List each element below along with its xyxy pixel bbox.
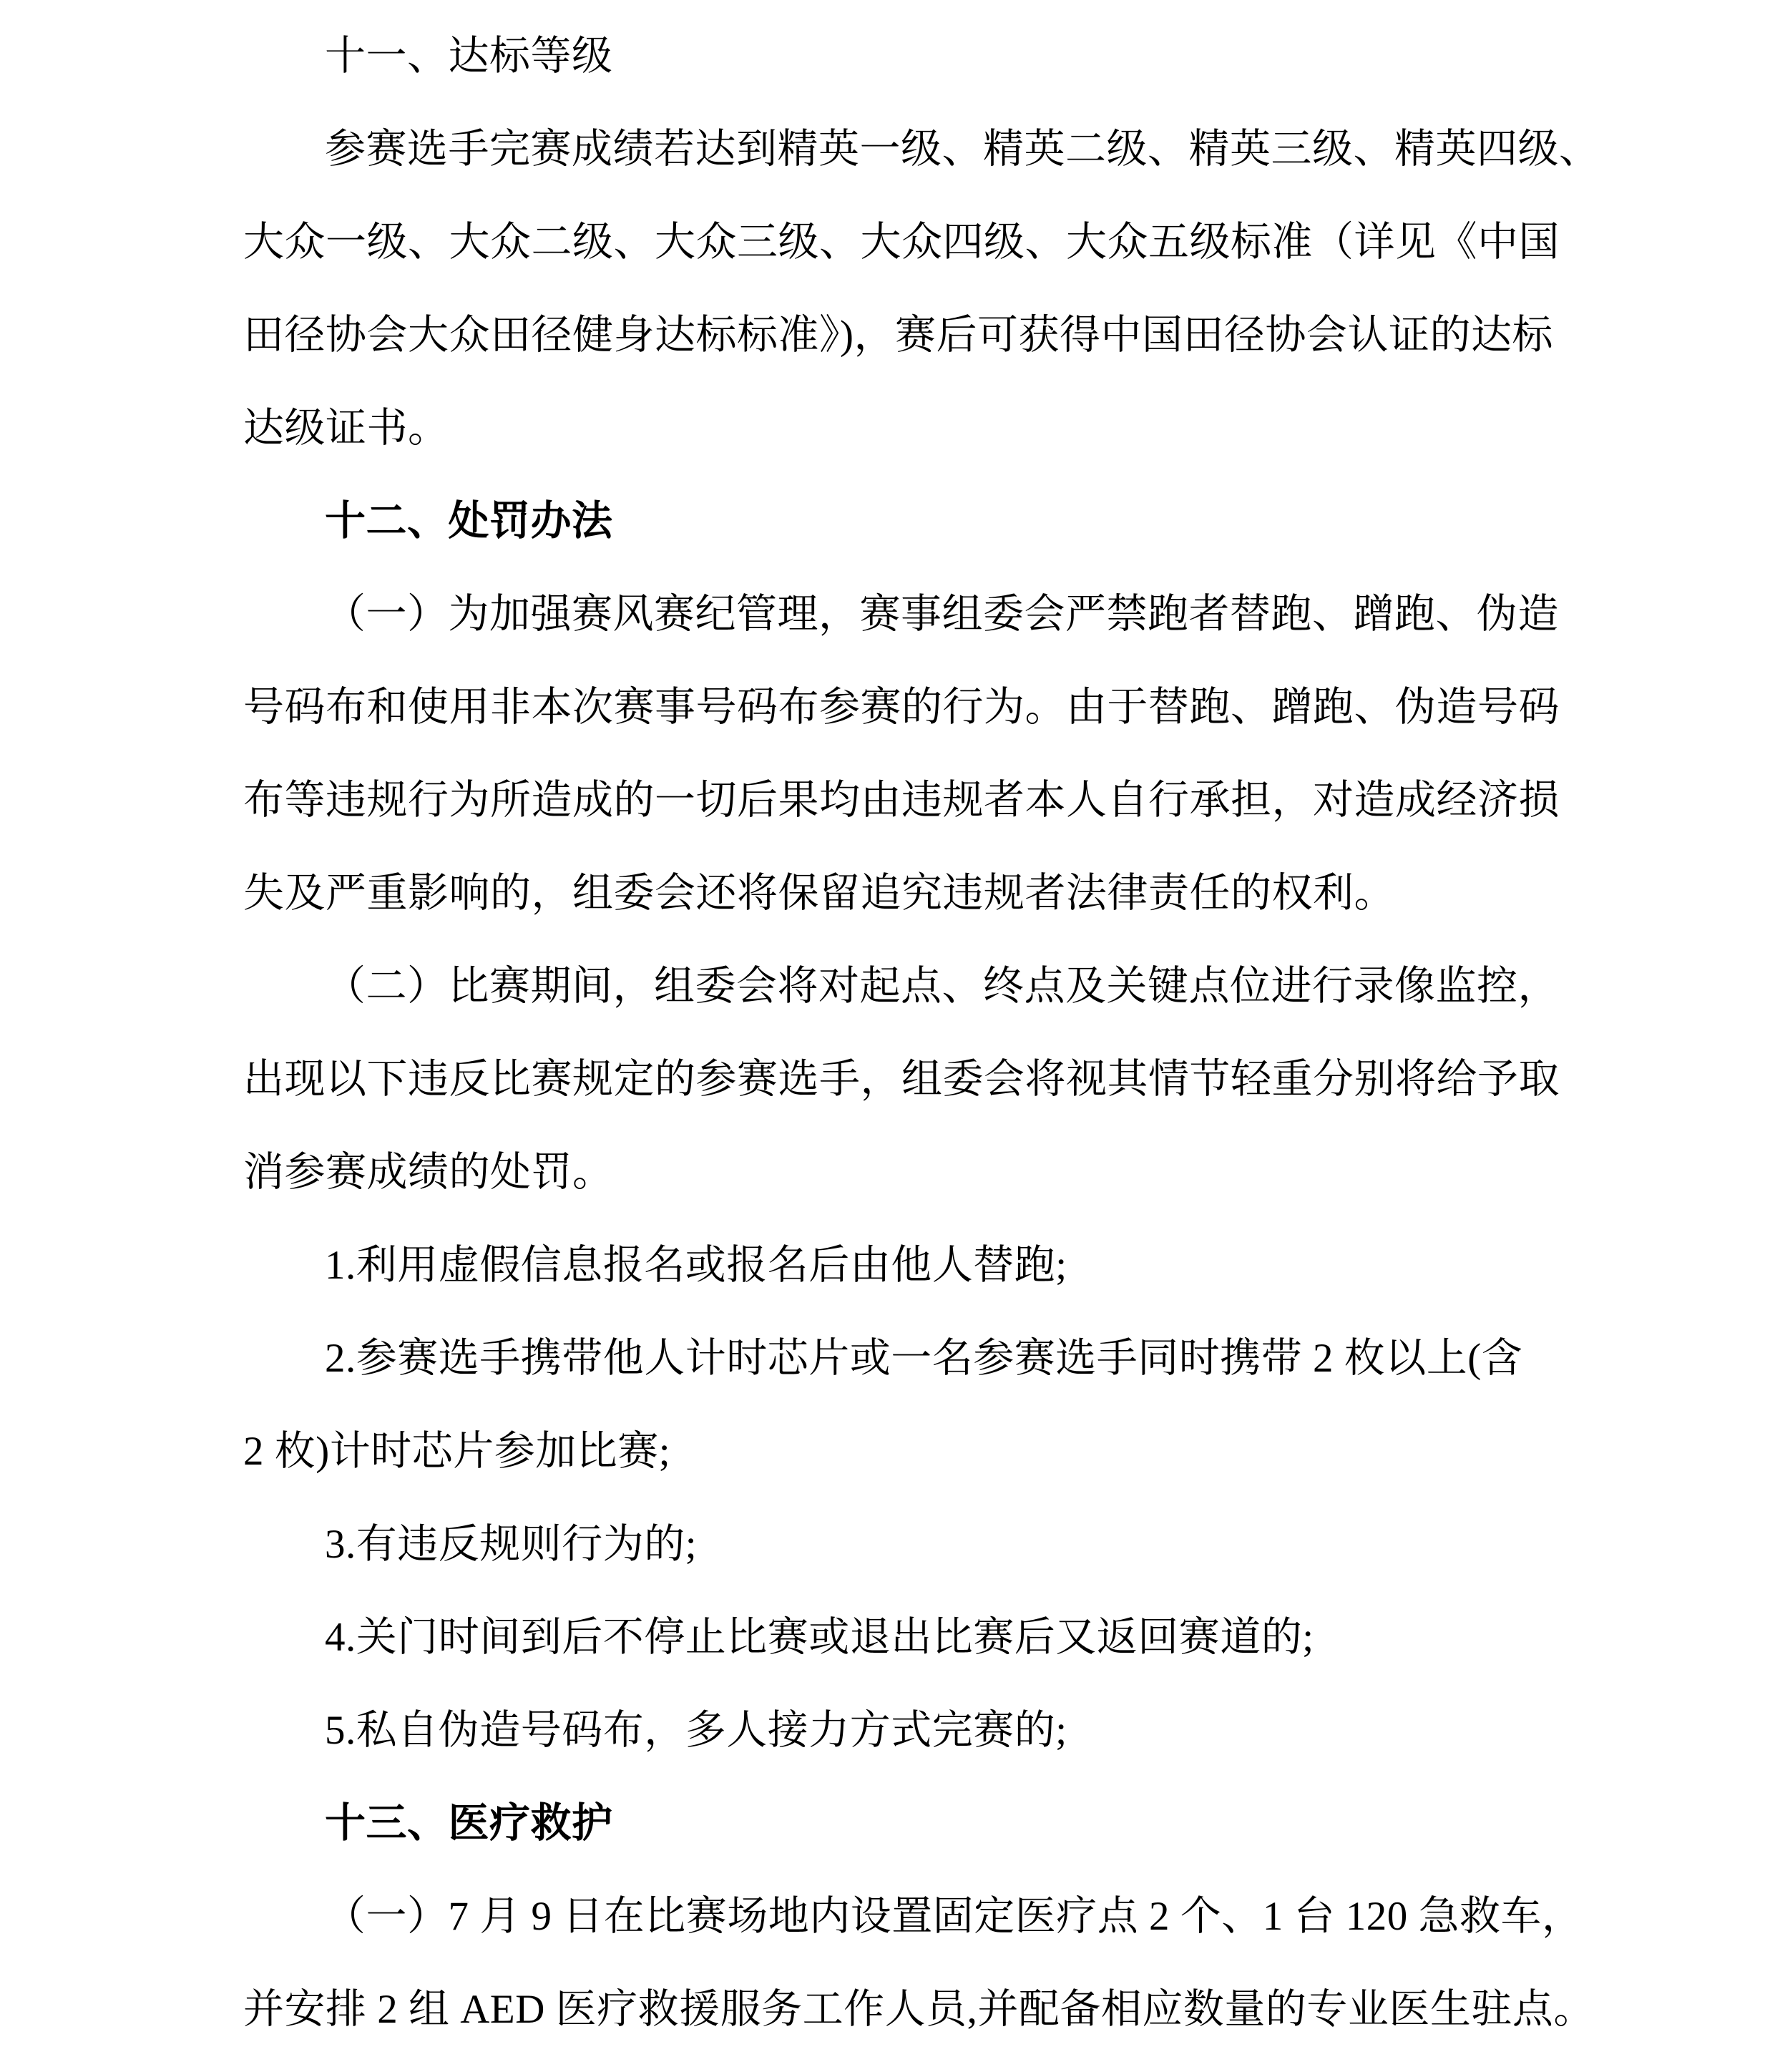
- paragraph-line: 大众一级、大众二级、大众三级、大众四级、大众五级标准（详见《中国: [243, 196, 1653, 289]
- paragraph-line: 布等违规行为所造成的一切后果均由违规者本人自行承担，对造成经济损: [243, 754, 1653, 847]
- paragraph-line: 并安排 2 组 AED 医疗救援服务工作人员,并配备相应数量的专业医生驻点。: [243, 1963, 1653, 2056]
- section-12-heading: 十二、处罚办法: [243, 475, 1653, 568]
- section-11-heading: 十一、达标等级: [243, 10, 1653, 103]
- list-item-3: 3.有违反规则行为的;: [243, 1498, 1653, 1591]
- list-item-4: 4.关门时间到后不停止比赛或退出比赛后又返回赛道的;: [243, 1591, 1653, 1684]
- paragraph-line: 号码布和使用非本次赛事号码布参赛的行为。由于替跑、蹭跑、伪造号码: [243, 661, 1653, 754]
- list-item-2-continued: 2 枚)计时芯片参加比赛;: [243, 1405, 1653, 1498]
- document-page: 十一、达标等级 参赛选手完赛成绩若达到精英一级、精英二级、精英三级、精英四级、 …: [0, 0, 1775, 2072]
- paragraph-line: （二）比赛期间，组委会将对起点、终点及关键点位进行录像监控，: [243, 940, 1653, 1033]
- paragraph-line: 出现以下违反比赛规定的参赛选手，组委会将视其情节轻重分别将给予取: [243, 1033, 1653, 1126]
- paragraph-line: （一）7 月 9 日在比赛场地内设置固定医疗点 2 个、1 台 120 急救车，: [243, 1870, 1653, 1963]
- paragraph-line: 参赛选手完赛成绩若达到精英一级、精英二级、精英三级、精英四级、: [243, 103, 1653, 196]
- paragraph-line: 失及严重影响的，组委会还将保留追究违规者法律责任的权利。: [243, 847, 1653, 940]
- paragraph-line: 消参赛成绩的处罚。: [243, 1126, 1653, 1219]
- section-13-heading: 十三、医疗救护: [243, 1777, 1653, 1870]
- paragraph-line: （一）为加强赛风赛纪管理，赛事组委会严禁跑者替跑、蹭跑、伪造: [243, 568, 1653, 661]
- list-item-1: 1.利用虚假信息报名或报名后由他人替跑;: [243, 1219, 1653, 1312]
- paragraph-line: 达级证书。: [243, 382, 1653, 475]
- list-item-5: 5.私自伪造号码布，多人接力方式完赛的;: [243, 1684, 1653, 1777]
- list-item-2: 2.参赛选手携带他人计时芯片或一名参赛选手同时携带 2 枚以上(含: [243, 1312, 1653, 1405]
- paragraph-line: 田径协会大众田径健身达标标准》)，赛后可获得中国田径协会认证的达标: [243, 289, 1653, 382]
